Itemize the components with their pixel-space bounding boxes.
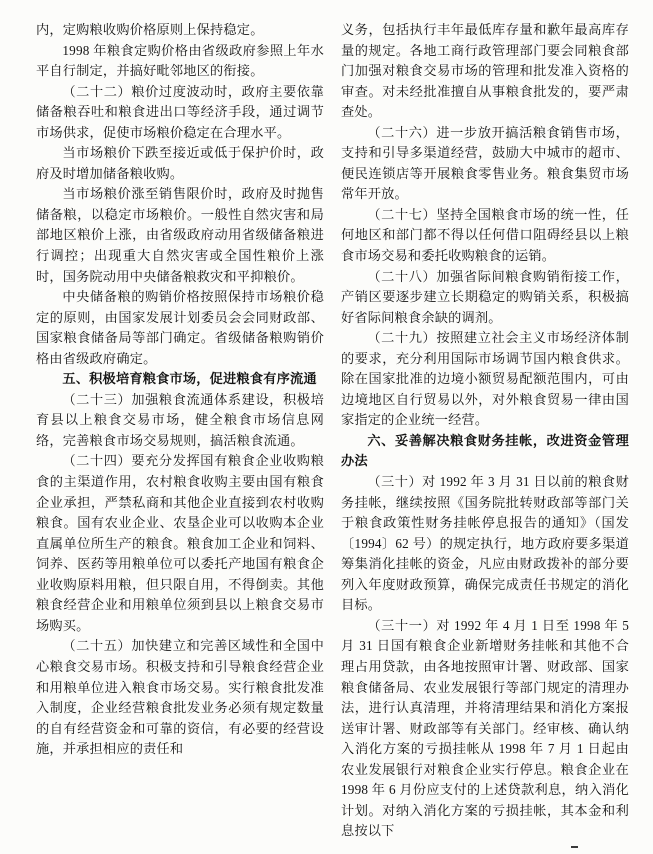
right-text-column: 义务，包括执行丰年最低库存量和歉年最高库存量的规定。各地工商行政管理部门要会同粮… (341, 20, 629, 842)
body-paragraph: （二十九）按照建立社会主义市场经济体制的要求，充分利用国际市场调节国内粮食供求。… (341, 328, 629, 431)
body-paragraph: 当市场粮价下跌至接近或低于保护价时，政府及时增加储备粮收购。 (36, 143, 324, 184)
section-heading: 六、妥善解决粮食财务挂帐，改进资金管理办法 (341, 431, 629, 472)
body-paragraph: （二十二）粮价过度波动时，政府主要依靠储备粮吞吐和粮食进出口等经济手段，通过调节… (36, 82, 324, 144)
body-paragraph: （三十一）对 1992 年 4 月 1 日至 1998 年 5 月 31 日国有… (341, 616, 629, 842)
body-paragraph: 1998 年粮食定购价格由省级政府参照上年水平自行制定，并搞好毗邻地区的衔接。 (36, 41, 324, 82)
body-paragraph: 义务，包括执行丰年最低库存量和歉年最高库存量的规定。各地工商行政管理部门要会同粮… (341, 20, 629, 123)
body-paragraph: （二十七）坚持全国粮食市场的统一性，任何地区和部门都不得以任何借口阻碍经县以上粮… (341, 205, 629, 267)
body-paragraph: （二十八）加强省际间粮食购销衔接工作，产销区要逐步建立长期稳定的购销关系，积极搞… (341, 267, 629, 329)
two-column-text-area: 内，定购粮收购价格原则上保持稳定。1998 年粮食定购价格由省级政府参照上年水平… (0, 0, 653, 842)
body-paragraph: （二十六）进一步放开搞活粮食销售市场，支持和引导多渠道经营，鼓励大中城市的超市、… (341, 123, 629, 205)
body-paragraph: 内，定购粮收购价格原则上保持稳定。 (36, 20, 324, 41)
body-paragraph: 中央储备粮的购销价格按照保持市场粮价稳定的原则，由国家发展计划委员会会同财政部、… (36, 287, 324, 369)
body-paragraph: 当市场粮价涨至销售限价时，政府及时抛售储备粮，以稳定市场粮价。一般性自然灾害和局… (36, 184, 324, 287)
body-paragraph: （三十）对 1992 年 3 月 31 日以前的粮食财务挂帐，继续按照《国务院批… (341, 472, 629, 616)
left-text-column: 内，定购粮收购价格原则上保持稳定。1998 年粮食定购价格由省级政府参照上年水平… (36, 20, 324, 842)
body-paragraph: （二十三）加强粮食流通体系建设，积极培育县以上粮食交易市场，健全粮食市场信息网络… (36, 390, 324, 452)
section-heading: 五、积极培育粮食市场，促进粮食有序流通 (36, 369, 324, 390)
document-page: 内，定购粮收购价格原则上保持稳定。1998 年粮食定购价格由省级政府参照上年水平… (0, 0, 653, 854)
body-paragraph: （二十四）要充分发挥国有粮食企业收购粮食的主渠道作用，农村粮食收购主要由国有粮食… (36, 451, 324, 636)
body-paragraph: （二十五）加快建立和完善区域性和全国中心粮食交易市场。积极支持和引导粮食经营企业… (36, 636, 324, 759)
scan-artifact-mark (571, 846, 578, 848)
